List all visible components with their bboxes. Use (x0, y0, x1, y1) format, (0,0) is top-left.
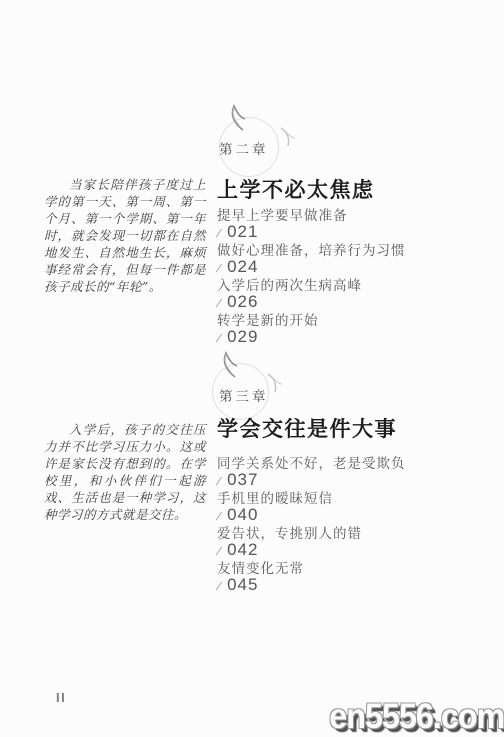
page-number-value: 045 (227, 577, 258, 593)
chapter-title: 学会交往是件大事 (217, 413, 397, 443)
page-number-value: 021 (227, 224, 258, 240)
leaf-sprig-icon (216, 351, 240, 379)
page-number-value: 040 (227, 507, 258, 523)
toc-entry-page: / 045 (217, 577, 406, 595)
leaf-sprig-icon (224, 104, 248, 132)
toc-entry: 入学后的两次生病高峰 / 026 (217, 278, 406, 312)
slash-separator: / (215, 474, 221, 490)
slash-separator: / (215, 579, 221, 595)
chapter-intro: 当家长陪伴孩子度过上学的第一天、第一周、第一个月、第一个学期、第一年时，就会发现… (44, 176, 206, 295)
chapter-title: 上学不必太焦虑 (217, 174, 375, 204)
toc-entry-page: / 029 (217, 329, 406, 347)
slash-separator: / (215, 226, 221, 242)
toc-entry-page: / 021 (217, 224, 406, 242)
page-number: II (56, 690, 66, 705)
toc-entry-page: / 040 (217, 507, 406, 525)
toc-entry: 友情变化无常 / 045 (217, 561, 406, 595)
toc-entry: 转学是新的开始 / 029 (217, 313, 406, 347)
chapter-label: 第三章 (219, 385, 269, 405)
toc-entry: 做好心理准备，培养行为习惯 / 024 (217, 243, 406, 277)
toc-entry: 提早上学要早做准备 / 021 (217, 208, 406, 242)
leaf-sprig-icon (279, 126, 297, 148)
page-number-value: 029 (227, 329, 258, 345)
toc-entry: 手机里的暧昧短信 / 040 (217, 491, 406, 525)
toc-entry-page: / 026 (217, 294, 406, 312)
toc-entry-page: / 042 (217, 542, 406, 560)
slash-separator: / (215, 331, 221, 347)
slash-separator: / (215, 509, 221, 525)
page-number-value: 026 (227, 294, 258, 310)
chapter-label: 第二章 (219, 138, 269, 158)
slash-separator: / (215, 544, 221, 560)
toc-entry: 爱告状，专挑别人的错 / 042 (217, 526, 406, 560)
watermark: en5556.com (329, 697, 504, 737)
toc-list: 提早上学要早做准备 / 021 做好心理准备，培养行为习惯 / 024 入学后的… (217, 208, 406, 348)
toc-entry-page: / 024 (217, 259, 406, 277)
chapter-intro: 入学后，孩子的交往压力并不比学习压力小。这或许是家长没有想到的。在学校里，和小伙… (44, 421, 206, 523)
toc-entry-page: / 037 (217, 472, 406, 490)
page-number-value: 037 (227, 472, 258, 488)
page-number-value: 024 (227, 259, 258, 275)
slash-separator: / (215, 261, 221, 277)
book-toc-page: 第二章 上学不必太焦虑 当家长陪伴孩子度过上学的第一天、第一周、第一个月、第一个… (0, 0, 504, 737)
slash-separator: / (215, 296, 221, 312)
page-number-value: 042 (227, 542, 258, 558)
toc-entry: 同学关系处不好，老是受欺负 / 037 (217, 456, 406, 490)
toc-list: 同学关系处不好，老是受欺负 / 037 手机里的暧昧短信 / 040 爱告状，专… (217, 456, 406, 596)
